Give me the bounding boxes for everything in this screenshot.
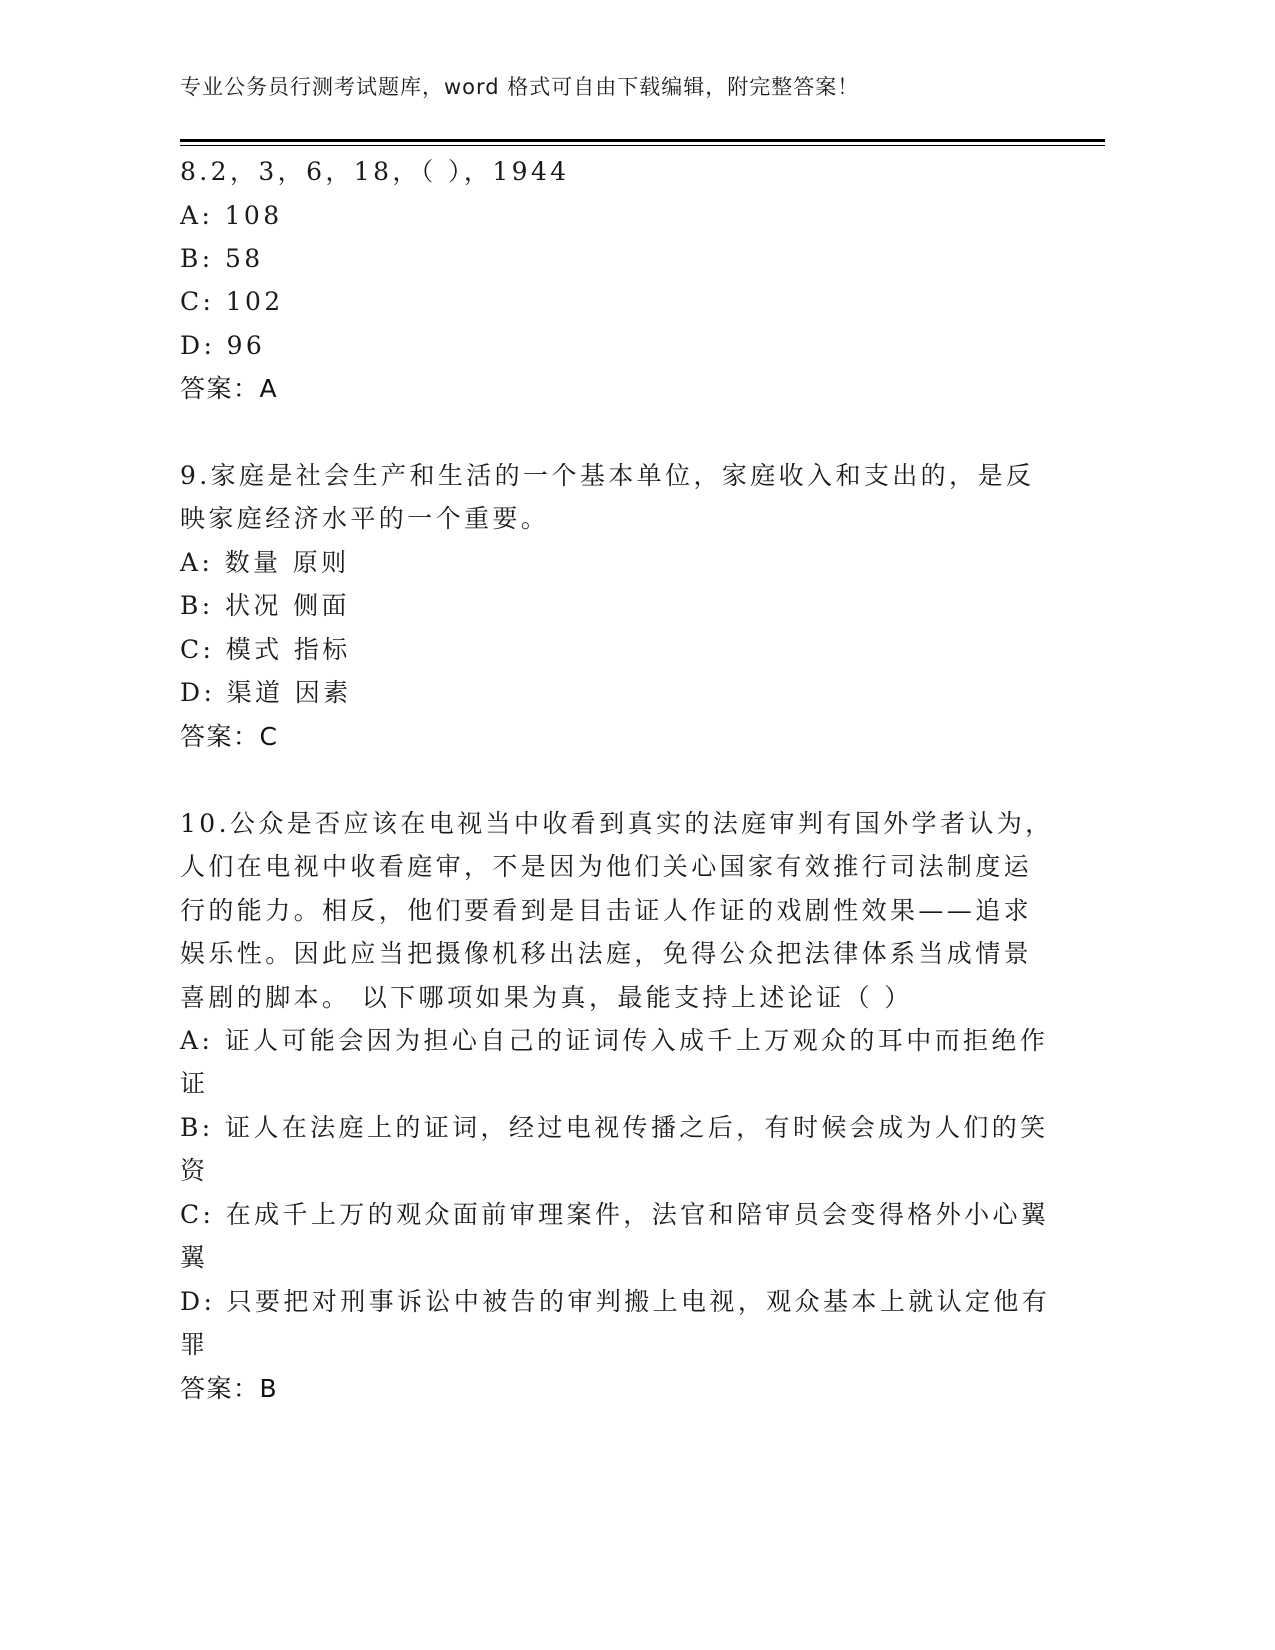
option-b-line-1: B: 证人在法庭上的证词，经过电视传播之后，有时候会成为人们的笑 <box>180 1111 1049 1145</box>
option-a-line-2: 证 <box>180 1067 208 1101</box>
question-stem-line-5: 喜剧的脚本。 以下哪项如果为真，最能支持上述论证（ ） <box>180 981 913 1015</box>
option-a: A: 数量 原则 <box>180 546 350 580</box>
option-b: B: 58 <box>180 242 264 276</box>
question-stem-line-3: 行的能力。相反，他们要看到是目击证人作证的戏剧性效果——追求 <box>180 894 1032 928</box>
option-c-line-2: 翼 <box>180 1241 208 1275</box>
question-stem-line-1: 10.公众是否应该在电视当中收看到真实的法庭审判有国外学者认为， <box>180 807 1054 841</box>
question-stem-line-1: 9.家庭是社会生产和生活的一个基本单位，家庭收入和支出的，是反 <box>180 459 1034 493</box>
option-d: D: 渠道 因素 <box>180 676 352 710</box>
header-rule-thick <box>180 139 1105 142</box>
option-b-line-2: 资 <box>180 1154 208 1188</box>
option-b: B: 状况 侧面 <box>180 589 350 623</box>
answer-line: 答案：B <box>180 1372 278 1406</box>
option-d-line-2: 罪 <box>180 1328 208 1362</box>
option-a: A: 108 <box>180 199 283 233</box>
header-rule-thin <box>180 145 1105 146</box>
question-stem: 8.2，3，6，18，（ ），1944 <box>180 155 570 189</box>
question-stem-line-4: 娱乐性。因此应当把摄像机移出法庭，免得公众把法律体系当成情景 <box>180 937 1032 971</box>
answer-line: 答案：C <box>180 720 278 754</box>
option-d: D: 96 <box>180 329 265 363</box>
option-a-line-1: A: 证人可能会因为担心自己的证词传入成千上万观众的耳中而拒绝作 <box>180 1024 1048 1058</box>
option-c: C: 模式 指标 <box>180 633 351 667</box>
option-c-line-1: C: 在成千上万的观众面前审理案件，法官和陪审员会变得格外小心翼 <box>180 1198 1049 1232</box>
document-page: 专业公务员行测考试题库，word 格式可自由下载编辑，附完整答案！ 8.2，3，… <box>0 0 1275 1650</box>
answer-line: 答案：A <box>180 372 278 406</box>
question-stem-line-2: 映家庭经济水平的一个重要。 <box>180 502 549 536</box>
option-d-line-1: D: 只要把对刑事诉讼中被告的审判搬上电视，观众基本上就认定他有 <box>180 1285 1050 1319</box>
page-header: 专业公务员行测考试题库，word 格式可自由下载编辑，附完整答案！ <box>180 72 859 102</box>
option-c: C: 102 <box>180 285 284 319</box>
question-stem-line-2: 人们在电视中收看庭审，不是因为他们关心国家有效推行司法制度运 <box>180 850 1032 884</box>
